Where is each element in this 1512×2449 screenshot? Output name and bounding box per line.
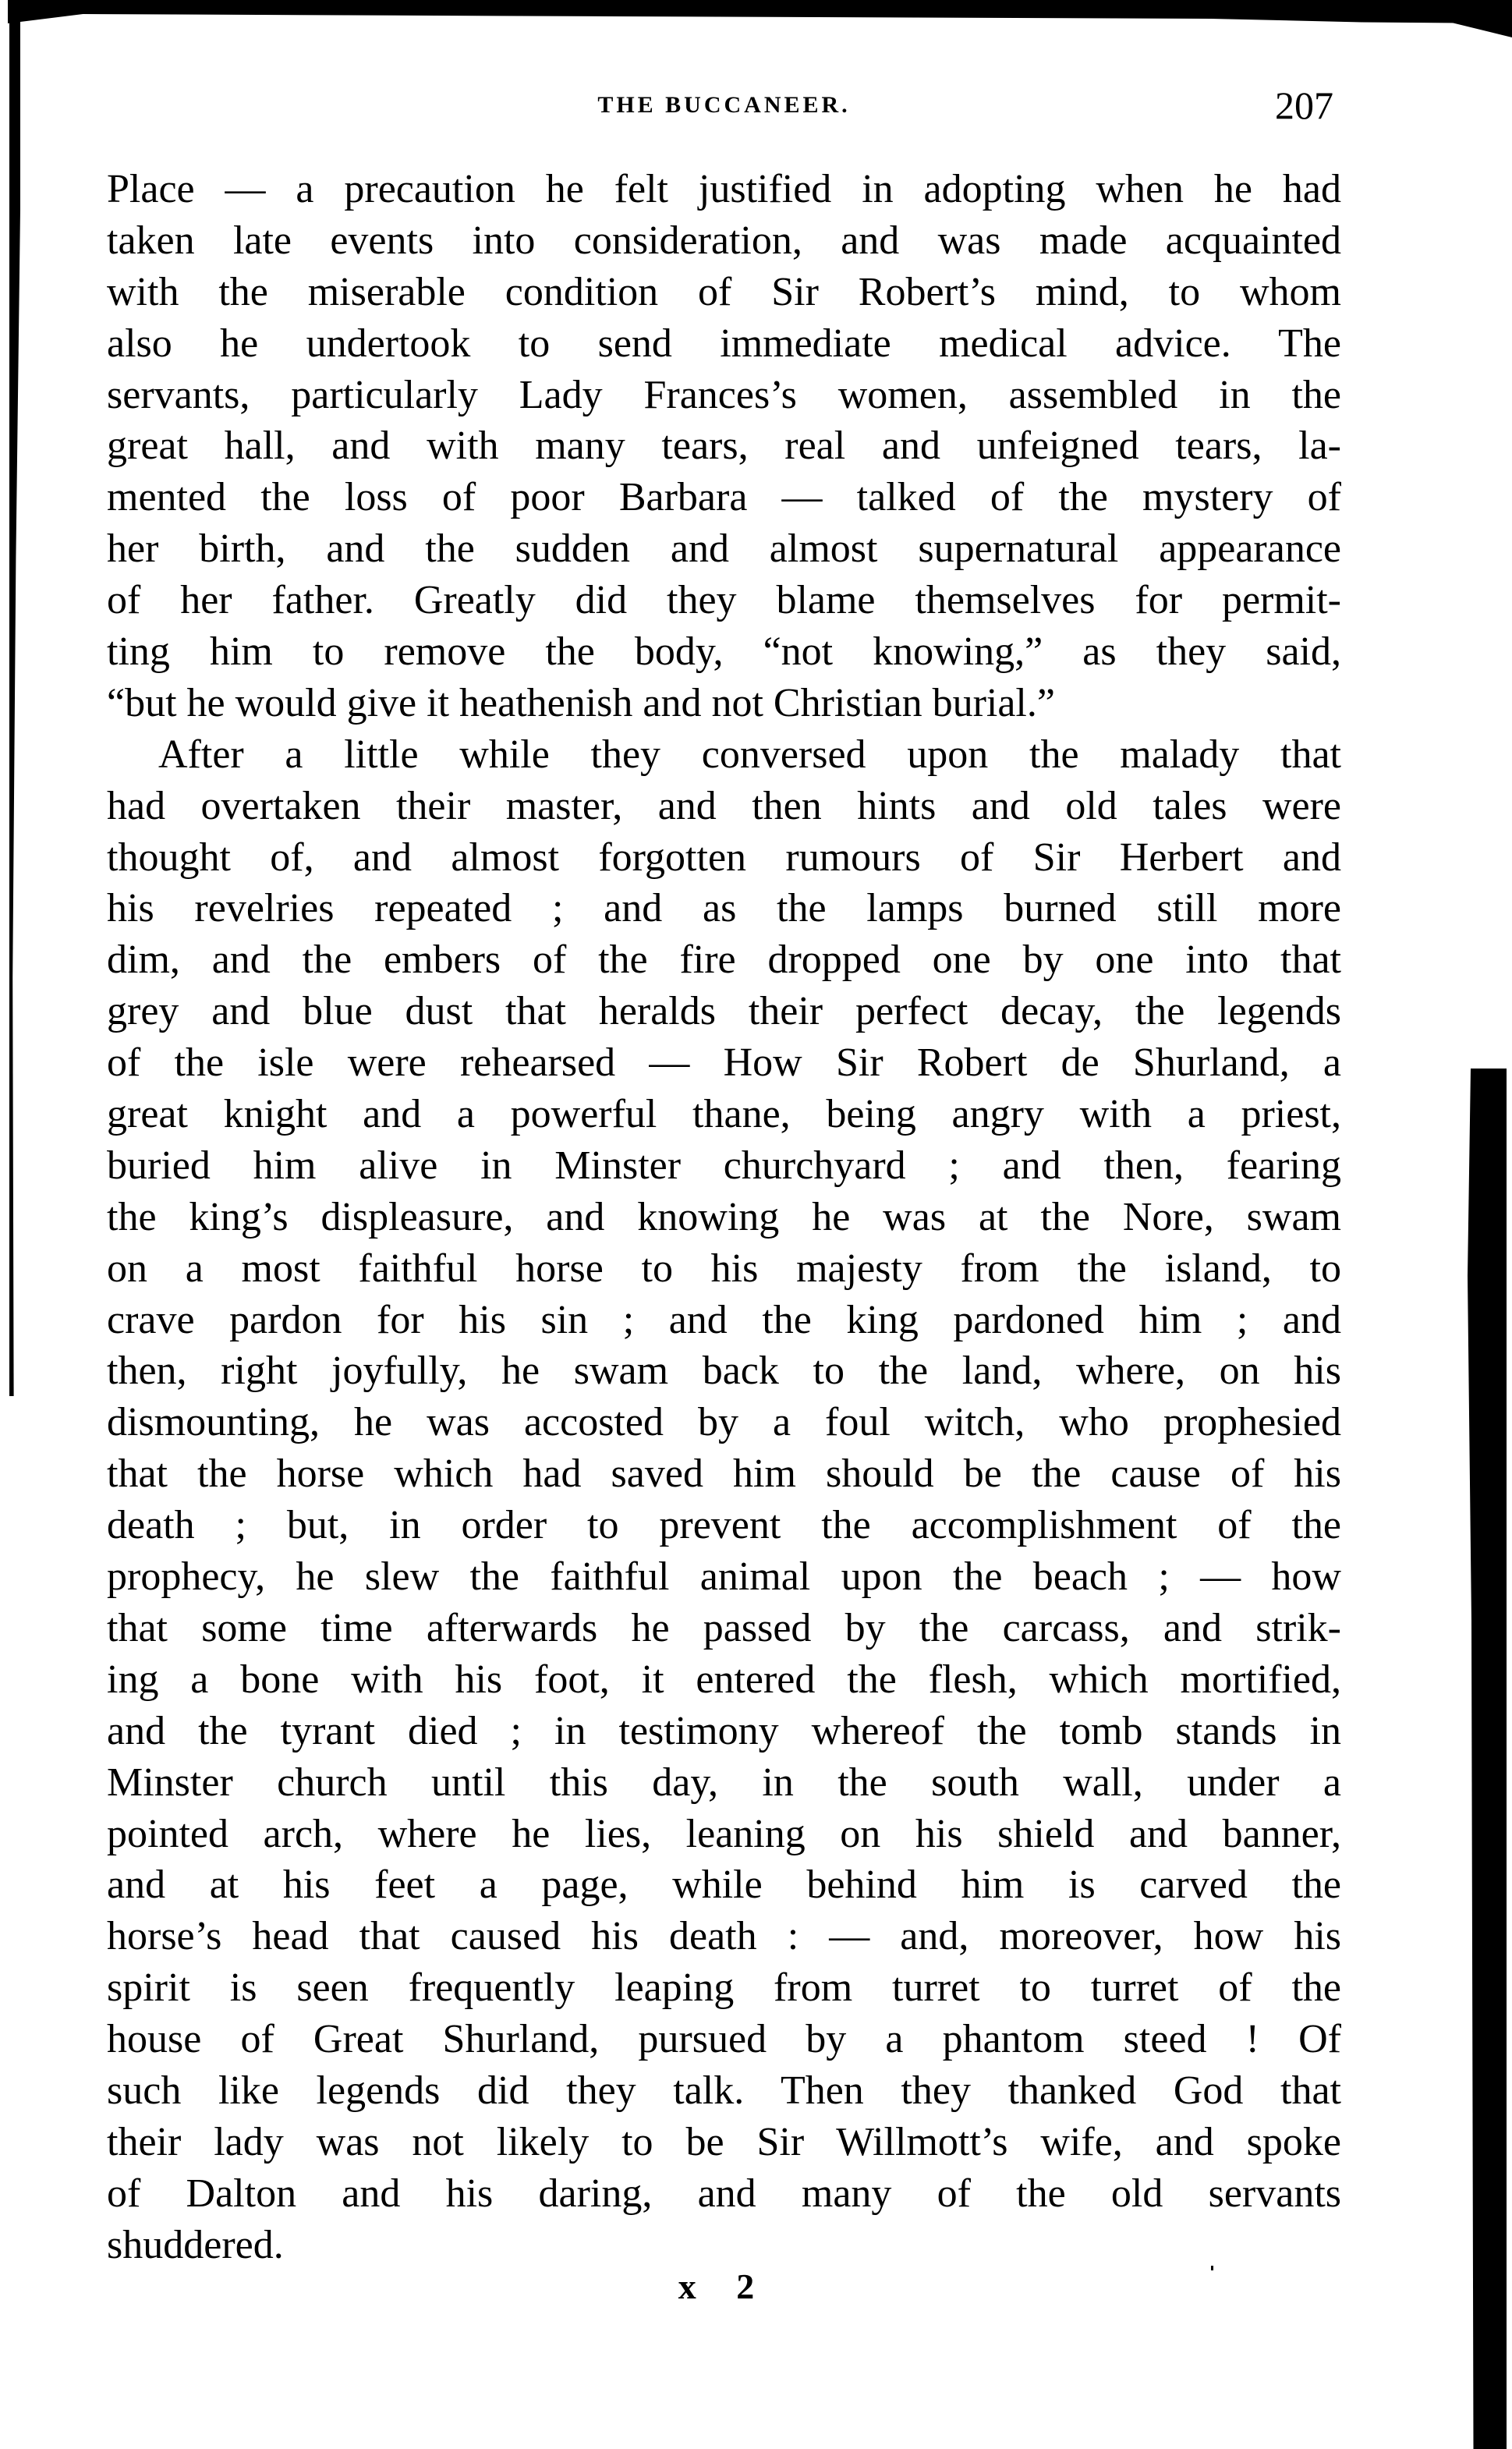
text-line: his revelries repeated ; and as the lamp… [107, 883, 1341, 934]
scan-border-left [9, 0, 20, 1396]
scan-speck [1211, 2266, 1213, 2270]
text-line: dim, and the embers of the fire dropped … [107, 934, 1341, 986]
text-line: shuddered. [107, 2220, 1341, 2271]
text-line: had overtaken their master, and then hin… [107, 781, 1341, 832]
signature-mark: x 2 [107, 2266, 1341, 2307]
text-line: “but he would give it heathenish and not… [107, 678, 1341, 729]
running-title: THE BUCCANEER. [107, 92, 1341, 119]
text-line: of Dalton and his daring, and many of th… [107, 2168, 1341, 2220]
text-line: ing a bone with his foot, it entered the… [107, 1654, 1341, 1706]
scan-border-top [8, 0, 1512, 23]
scan-border-right [1468, 1069, 1507, 2449]
text-line: After a little while they conversed upon… [107, 729, 1341, 781]
text-line: horse’s head that caused his death : — a… [107, 1911, 1341, 1962]
text-line: grey and blue dust that heralds their pe… [107, 986, 1341, 1037]
text-line: with the miserable condition of Sir Robe… [107, 267, 1341, 318]
text-line: such like legends did they talk. Then th… [107, 2065, 1341, 2117]
text-line: dismounting, he was accosted by a foul w… [107, 1397, 1341, 1448]
text-line: on a most faithful horse to his majesty … [107, 1243, 1341, 1295]
text-line: Minster church until this day, in the so… [107, 1757, 1341, 1809]
text-line: and the tyrant died ; in testimony where… [107, 1706, 1341, 1757]
text-line: mented the loss of poor Barbara — talked… [107, 472, 1341, 523]
text-line: taken late events into consideration, an… [107, 215, 1341, 267]
text-line: and at his feet a page, while behind him… [107, 1859, 1341, 1911]
scan-border-top-right [1450, 16, 1512, 37]
paragraph-2: After a little while they conversed upon… [107, 729, 1341, 2271]
text-line: that the horse which had saved him shoul… [107, 1448, 1341, 1500]
text-line: pointed arch, where he lies, leaning on … [107, 1809, 1341, 1860]
text-line: crave pardon for his sin ; and the king … [107, 1295, 1341, 1346]
text-line: of her father. Greatly did they blame th… [107, 575, 1341, 626]
text-line: that some time afterwards he passed by t… [107, 1603, 1341, 1654]
text-line: of the isle were rehearsed — How Sir Rob… [107, 1037, 1341, 1089]
text-line: buried him alive in Minster churchyard ;… [107, 1140, 1341, 1192]
text-line: spirit is seen frequently leaping from t… [107, 1962, 1341, 2014]
text-line: great knight and a powerful thane, being… [107, 1089, 1341, 1140]
running-head: THE BUCCANEER. 207 [107, 87, 1341, 119]
body-text: Place — a precaution he felt justified i… [107, 164, 1341, 2271]
text-line: prophecy, he slew the faithful animal up… [107, 1551, 1341, 1603]
page-number: 207 [1275, 83, 1333, 128]
text-line: death ; but, in order to prevent the acc… [107, 1500, 1341, 1551]
text-line: great hall, and with many tears, real an… [107, 420, 1341, 472]
text-line: servants, particularly Lady Frances’s wo… [107, 370, 1341, 421]
text-line: the king’s displeasure, and knowing he w… [107, 1192, 1341, 1243]
text-line: ting him to remove the body, “not knowin… [107, 626, 1341, 678]
text-line: also he undertook to send immediate medi… [107, 318, 1341, 370]
text-line: then, right joyfully, he swam back to th… [107, 1345, 1341, 1397]
paragraph-1: Place — a precaution he felt justified i… [107, 164, 1341, 729]
text-line: Place — a precaution he felt justified i… [107, 164, 1341, 215]
text-line: their lady was not likely to be Sir Will… [107, 2117, 1341, 2168]
text-line: thought of, and almost forgotten rumours… [107, 832, 1341, 884]
text-line: her birth, and the sudden and almost sup… [107, 523, 1341, 575]
text-line: house of Great Shurland, pursued by a ph… [107, 2014, 1341, 2065]
